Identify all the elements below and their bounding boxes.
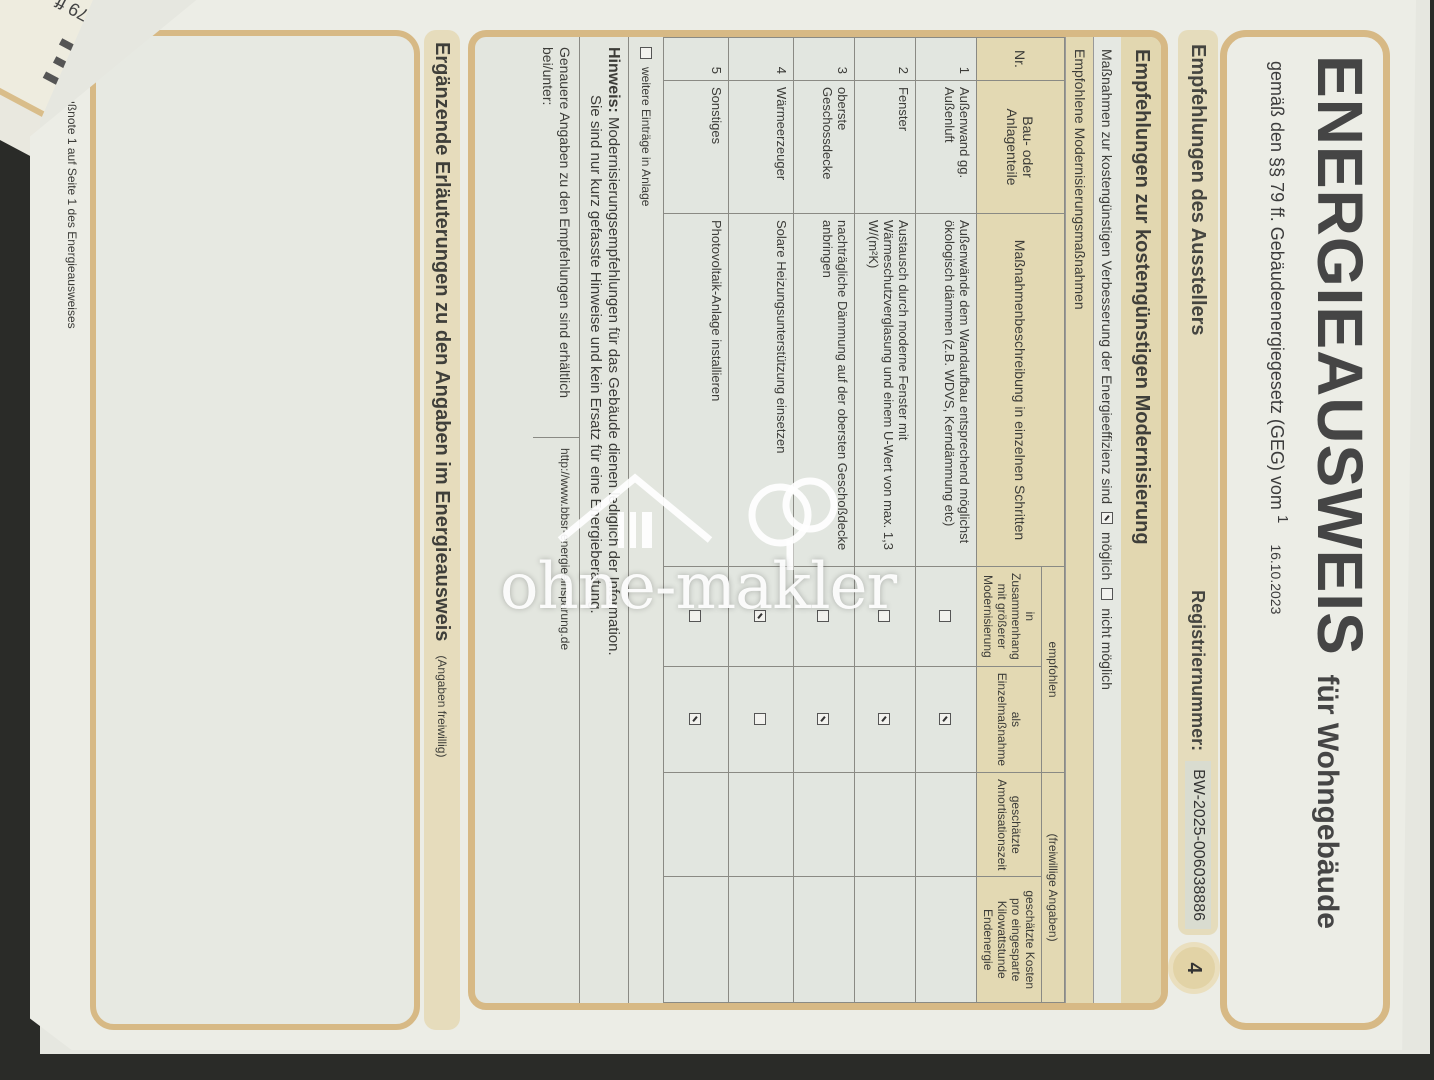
row-bauteil: Außenwand gg. Außenluft: [916, 81, 977, 214]
ergaenzende-box: [90, 30, 420, 1030]
label-nicht-moeglich: nicht möglich: [1100, 608, 1116, 690]
col-zusammenhang: in Zusammenhang mit größerer Modernisier…: [977, 567, 1042, 667]
row-zusammenhang-cell: [729, 567, 794, 667]
row-beschreibung: Solare Heizungsunterstützung einsetzen: [729, 214, 794, 567]
registration-label: Registriernummer:: [1188, 590, 1209, 751]
more-info: Genauere Angaben zu den Empfehlungen sin…: [533, 37, 579, 1003]
row-zusammenhang-cell: [664, 567, 729, 667]
recommended-measures-heading: Empfohlene Modernisierungsmaßnahmen: [1065, 37, 1093, 1003]
row-einzel-cell: [729, 666, 794, 772]
hint-line-1: Modernisierungsempfehlungen für das Gebä…: [605, 117, 622, 656]
hint-label: Hinweis:: [605, 47, 622, 113]
row-kosten: [729, 877, 794, 1003]
modernisierung-title: Empfehlungen zur kostengünstigen Moderni…: [1121, 37, 1161, 1003]
document-sheet: ENERGIEAUSWEIS für Wohngebäude gemäß den…: [30, 0, 1416, 1050]
row-amortisation: [916, 773, 977, 877]
checkbox-zusammenhang[interactable]: [939, 610, 951, 622]
table-row: 3oberste Geschossdeckenachträgliche Dämm…: [794, 38, 855, 1003]
col-group-freiwillig: (freiwillige Angaben): [1042, 773, 1065, 1003]
row-kosten: [916, 877, 977, 1003]
efficiency-intro: Maßnahmen zur kostengünstigen Verbesseru…: [1100, 49, 1116, 504]
document-subtitle: gemäß den §§ 79 ff. Gebäudeenergiegesetz…: [1266, 61, 1291, 614]
subtitle-text: gemäß den §§ 79 ff. Gebäudeenergiegesetz…: [1267, 61, 1287, 510]
row-beschreibung: nachträgliche Dämmung auf der obersten G…: [794, 214, 855, 567]
row-amortisation: [664, 773, 729, 877]
checkbox-zusammenhang[interactable]: [754, 610, 766, 622]
row-nr: 2: [855, 38, 916, 81]
modernisierung-section: Empfehlungen zur kostengünstigen Moderni…: [468, 30, 1168, 1010]
page-number-badge: 4: [1168, 942, 1220, 994]
row-einzel-cell: [855, 666, 916, 772]
col-beschreibung: Maßnahmenbeschreibung in einzelnen Schri…: [977, 214, 1065, 567]
checkbox-moeglich[interactable]: [1102, 512, 1114, 524]
checkbox-einzel[interactable]: [689, 713, 701, 725]
col-nr: Nr.: [977, 38, 1065, 81]
row-amortisation: [855, 773, 916, 877]
row-bauteil: Fenster: [855, 81, 916, 214]
aussteller-label: Empfehlungen des Ausstellers: [1187, 44, 1210, 336]
checkbox-weitere-eintraege[interactable]: [640, 47, 652, 59]
col-bauteile: Bau- oder Anlagenteile: [977, 81, 1065, 214]
hint-line-2: Sie sind nur kurz gefasste Hinweise und …: [586, 47, 604, 993]
row-kosten: [794, 877, 855, 1003]
checkbox-zusammenhang[interactable]: [878, 610, 890, 622]
checkbox-zusammenhang[interactable]: [689, 610, 701, 622]
row-zusammenhang-cell: [794, 567, 855, 667]
ergaenzende-title: Ergänzende Erläuterungen zu den Angaben …: [431, 42, 454, 641]
row-bauteil: Wärmeerzeuger: [729, 81, 794, 214]
row-nr: 4: [729, 38, 794, 81]
row-amortisation: [729, 773, 794, 877]
row-nr: 5: [664, 38, 729, 81]
row-beschreibung: Außenwände dem Wandaufbau entsprechend m…: [916, 214, 977, 567]
registration-number: BW-2025-006038886: [1185, 761, 1211, 929]
table-row: 5SonstigesPhotovoltaik-Anlage installier…: [664, 38, 729, 1003]
more-info-label: Genauere Angaben zu den Empfehlungen sin…: [533, 37, 579, 438]
row-nr: 1: [916, 38, 977, 81]
ergaenzende-bar: Ergänzende Erläuterungen zu den Angaben …: [424, 30, 460, 1030]
further-entries-label: weitere Einträge in Anlage: [639, 67, 653, 206]
col-kosten: geschätzte Kosten pro eingesparte Kilowa…: [977, 877, 1042, 1003]
row-zusammenhang-cell: [916, 567, 977, 667]
row-kosten: [664, 877, 729, 1003]
title-big: ENERGIEAUSWEIS: [1304, 55, 1376, 656]
checkbox-einzel[interactable]: [754, 713, 766, 725]
document-title: ENERGIEAUSWEIS für Wohngebäude: [1303, 55, 1377, 929]
row-bauteil: oberste Geschossdecke: [794, 81, 855, 214]
subtitle-footnote-mark: 1: [1274, 515, 1291, 523]
further-entries: weitere Einträge in Anlage: [628, 37, 663, 1003]
aussteller-bar: Empfehlungen des Ausstellers Registriern…: [1178, 30, 1218, 935]
col-einzel: als Einzelmaßnahme: [977, 666, 1042, 772]
row-zusammenhang-cell: [855, 567, 916, 667]
checkbox-einzel[interactable]: [939, 713, 951, 725]
header-box: ENERGIEAUSWEIS für Wohngebäude gemäß den…: [1220, 30, 1390, 1030]
row-einzel-cell: [794, 666, 855, 772]
row-beschreibung: Photovoltaik-Anlage installieren: [664, 214, 729, 567]
checkbox-einzel[interactable]: [817, 713, 829, 725]
table-row: 2FensterAustausch durch moderne Fenster …: [855, 38, 916, 1003]
checkbox-nicht-moeglich[interactable]: [1102, 588, 1114, 600]
table-row: 4WärmeerzeugerSolare Heizungsunterstützu…: [729, 38, 794, 1003]
measures-table: Nr. Bau- oder Anlagenteile Maßnahmenbesc…: [663, 37, 1065, 1003]
row-bauteil: Sonstiges: [664, 81, 729, 214]
hint-block: Hinweis: Modernisierungsempfehlungen für…: [579, 37, 628, 1003]
document-page: ENERGIEAUSWEIS für Wohngebäude gemäß den…: [30, 10, 1400, 1050]
table-row: 1Außenwand gg. AußenluftAußenwände dem W…: [916, 38, 977, 1003]
col-amortisation: geschätzte Amortisationszeit: [977, 773, 1042, 877]
title-small: für Wohngebäude: [1311, 675, 1344, 929]
checkbox-zusammenhang[interactable]: [817, 610, 829, 622]
row-amortisation: [794, 773, 855, 877]
row-nr: 3: [794, 38, 855, 81]
col-group-empfohlen: empfohlen: [1042, 567, 1065, 773]
issue-date: 16.10.2023: [1268, 544, 1284, 614]
ergaenzende-subtitle: (Angaben freiwillig): [435, 655, 449, 757]
row-kosten: [855, 877, 916, 1003]
more-info-url[interactable]: http://www.bbsr-energieeinsparung.de: [533, 438, 579, 660]
row-beschreibung: Austausch durch moderne Fenster mit Wärm…: [855, 214, 916, 567]
checkbox-einzel[interactable]: [878, 713, 890, 725]
efficiency-possibility-line: Maßnahmen zur kostengünstigen Verbesseru…: [1093, 37, 1121, 1003]
row-einzel-cell: [664, 666, 729, 772]
row-einzel-cell: [916, 666, 977, 772]
label-moeglich: möglich: [1100, 532, 1116, 580]
